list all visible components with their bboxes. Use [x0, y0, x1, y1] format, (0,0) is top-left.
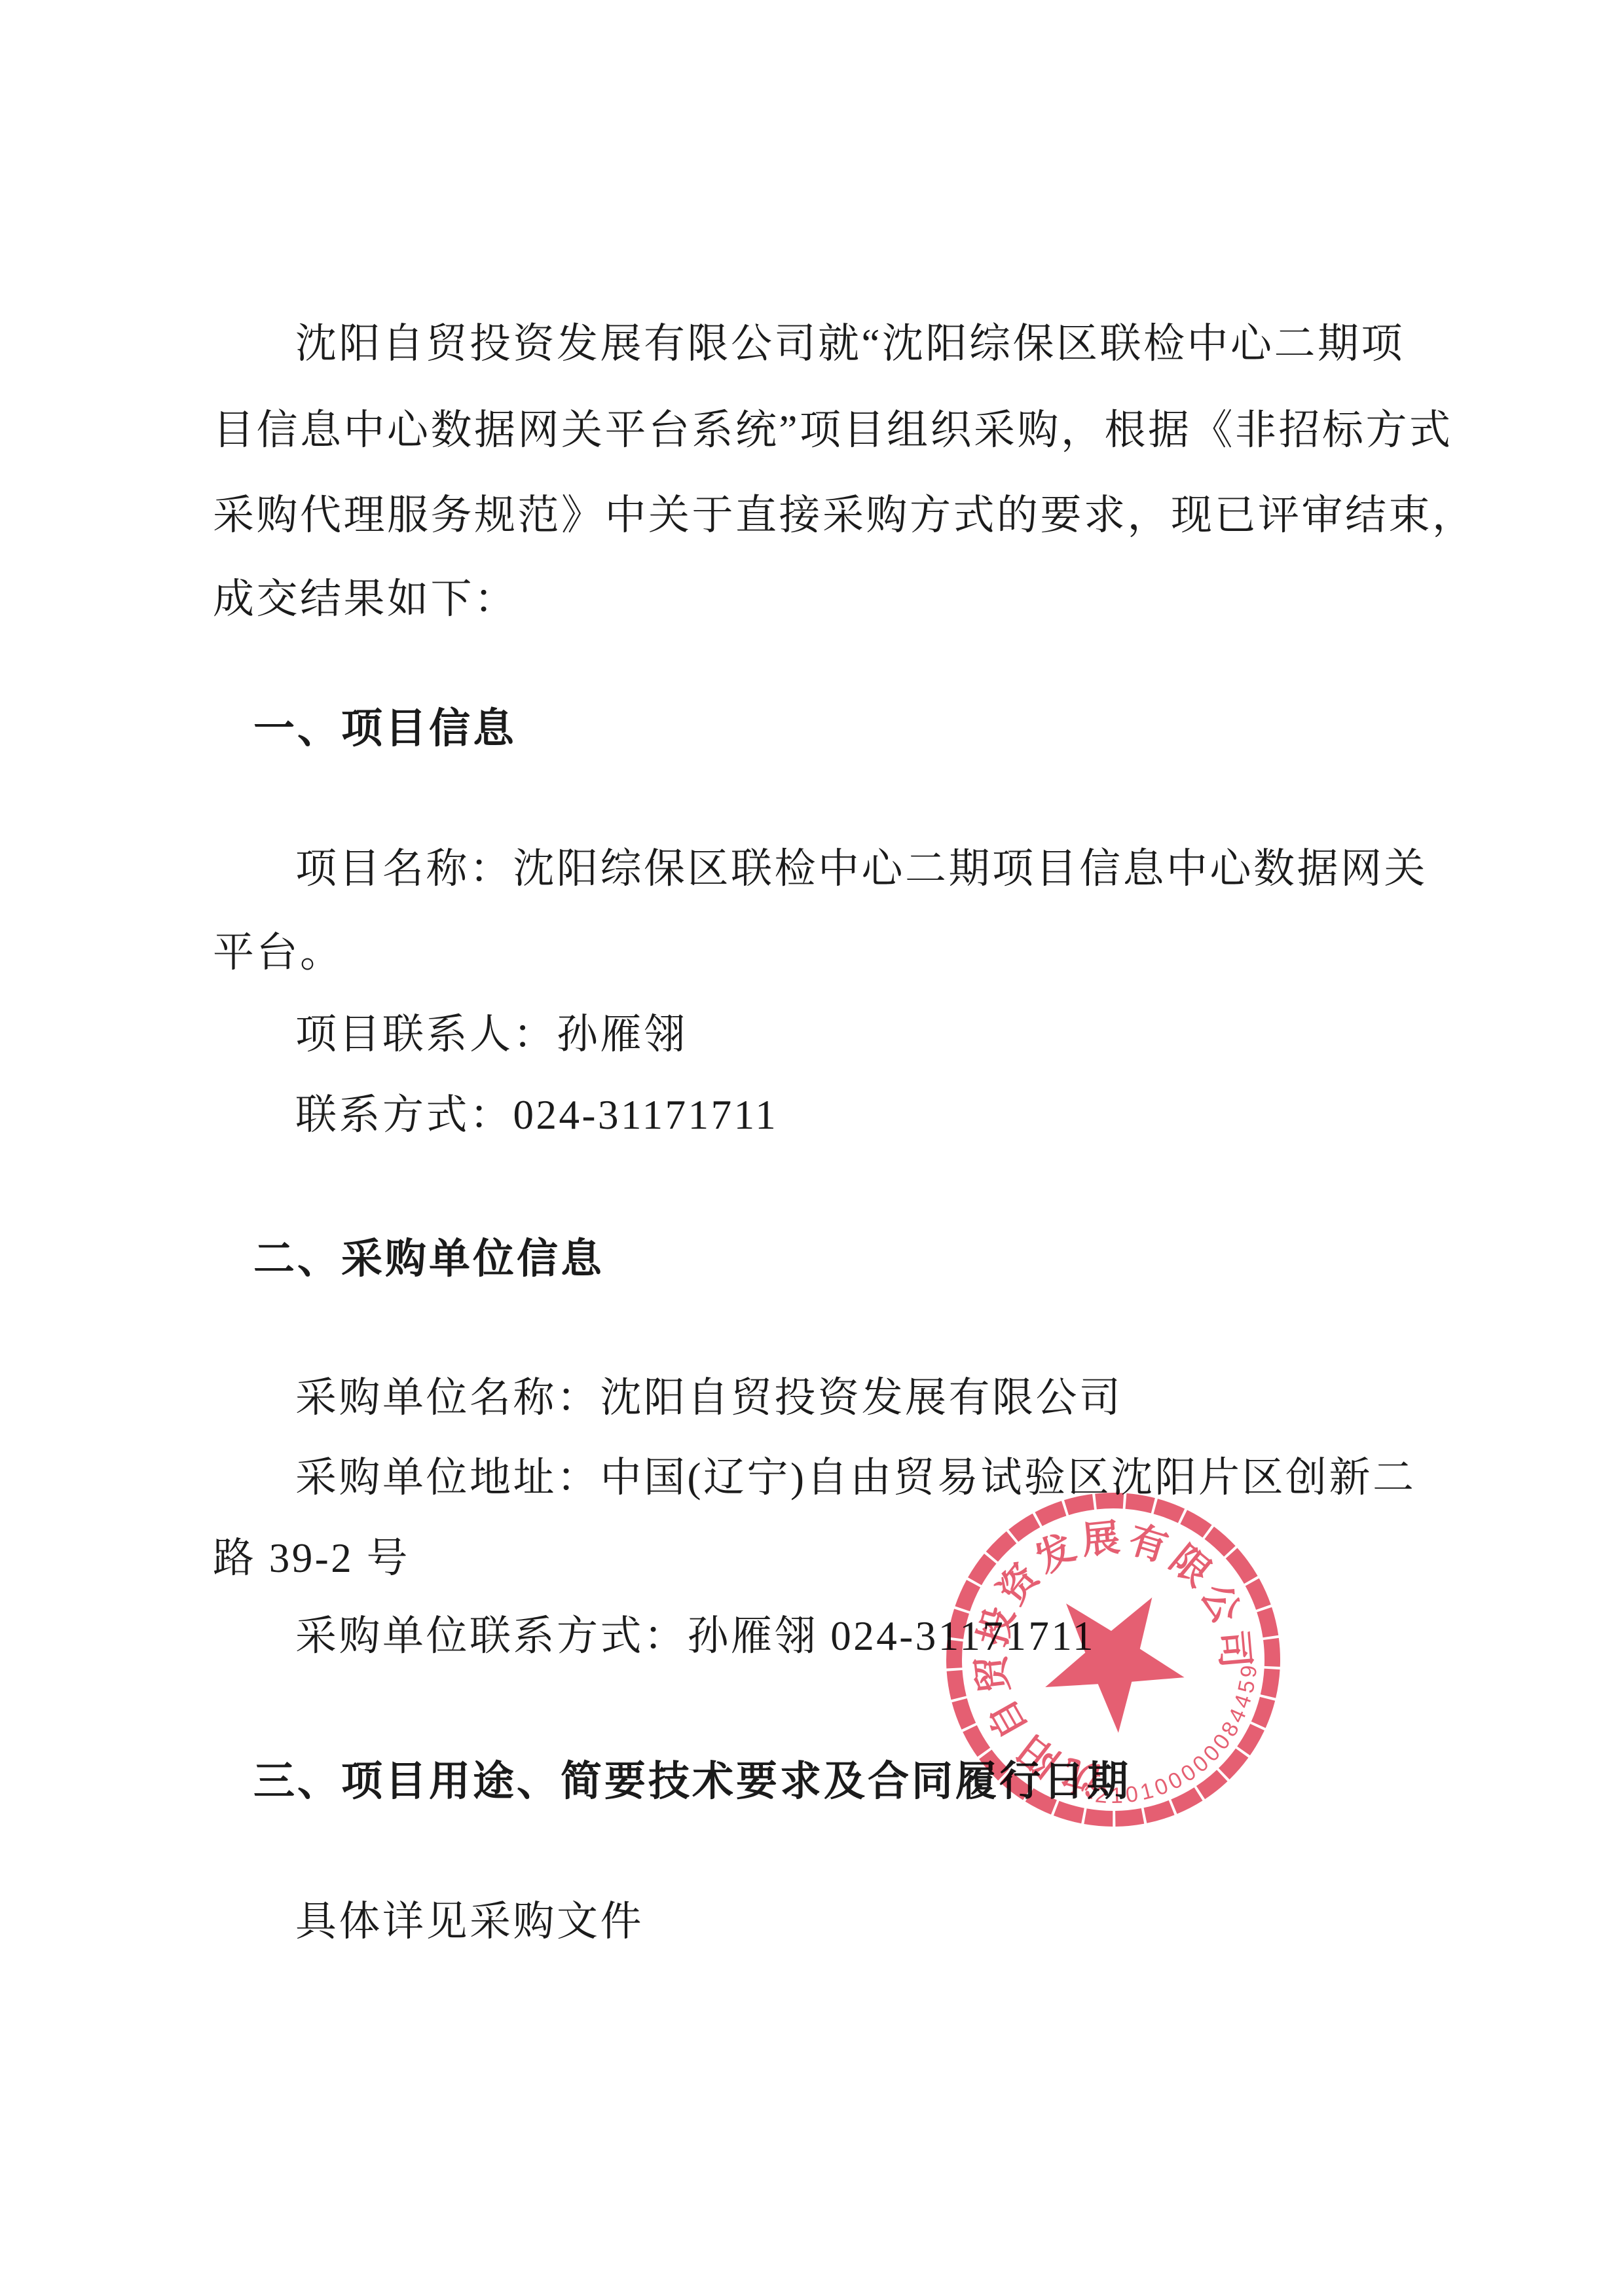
section1-line-2: 平台。 [213, 930, 344, 975]
section1-line-3: 项目联系人：孙雁翎 [295, 1011, 688, 1057]
section1-line-4: 联系方式：024-31171711 [295, 1092, 778, 1138]
section2-heading: 二、采购单位信息 [253, 1236, 604, 1282]
document-page: 沈阳自贸投资发展有限公司就“沈阳综保区联检中心二期项 目信息中心数据网关平台系统… [0, 0, 1624, 2296]
seal-company-name-char: 有 [1124, 1518, 1172, 1569]
seal-company-name-char: 投 [971, 1602, 1022, 1650]
intro-line-2: 目信息中心数据网关平台系统”项目组织采购，根据《非招标方式 [213, 407, 1452, 453]
intro-line-3: 采购代理服务规范》中关于直接采购方式的要求，现已评审结束， [213, 492, 1476, 538]
seal-company-name-char: 贸 [969, 1651, 1016, 1695]
seal-serial-digit: 1 [1110, 1783, 1123, 1808]
section1-heading: 一、项目信息 [253, 706, 517, 752]
seal-company-name-char: 展 [1080, 1516, 1122, 1563]
seal-serial-digit: 5 [1233, 1678, 1260, 1695]
seal-company-name-char: 公 [1192, 1576, 1248, 1630]
seal-company-name-char: 自 [980, 1692, 1035, 1747]
seal-company-name-char: 阳 [1011, 1727, 1067, 1784]
section1-line-1: 项目名称：沈阳综保区联检中心二期项目信息中心数据网关 [295, 846, 1428, 892]
section2-line-1: 采购单位名称：沈阳自贸投资发展有限公司 [295, 1375, 1123, 1421]
section2-line-3: 路 39-2 号 [213, 1535, 410, 1581]
seal-company-name-char: 限 [1162, 1538, 1219, 1595]
seal-rotated-group: 沈阳自贸投资发展有限公司210100000084459 [936, 1483, 1290, 1836]
company-seal-stamp: 沈阳自贸投资发展有限公司210100000084459 [936, 1483, 1290, 1836]
seal-company-name-char: 司 [1211, 1628, 1257, 1669]
seal-serial-digit: 0 [1124, 1781, 1139, 1808]
seal-serial-digit: 9 [1236, 1664, 1262, 1679]
section3-line-1: 具体详见采购文件 [295, 1899, 644, 1944]
seal-serial-digit: 2 [1094, 1782, 1109, 1808]
intro-line-1: 沈阳自贸投资发展有限公司就“沈阳综保区联检中心二期项 [295, 321, 1405, 367]
seal-company-name-char: 发 [1028, 1525, 1082, 1581]
intro-line-4: 成交结果如下： [213, 576, 518, 622]
